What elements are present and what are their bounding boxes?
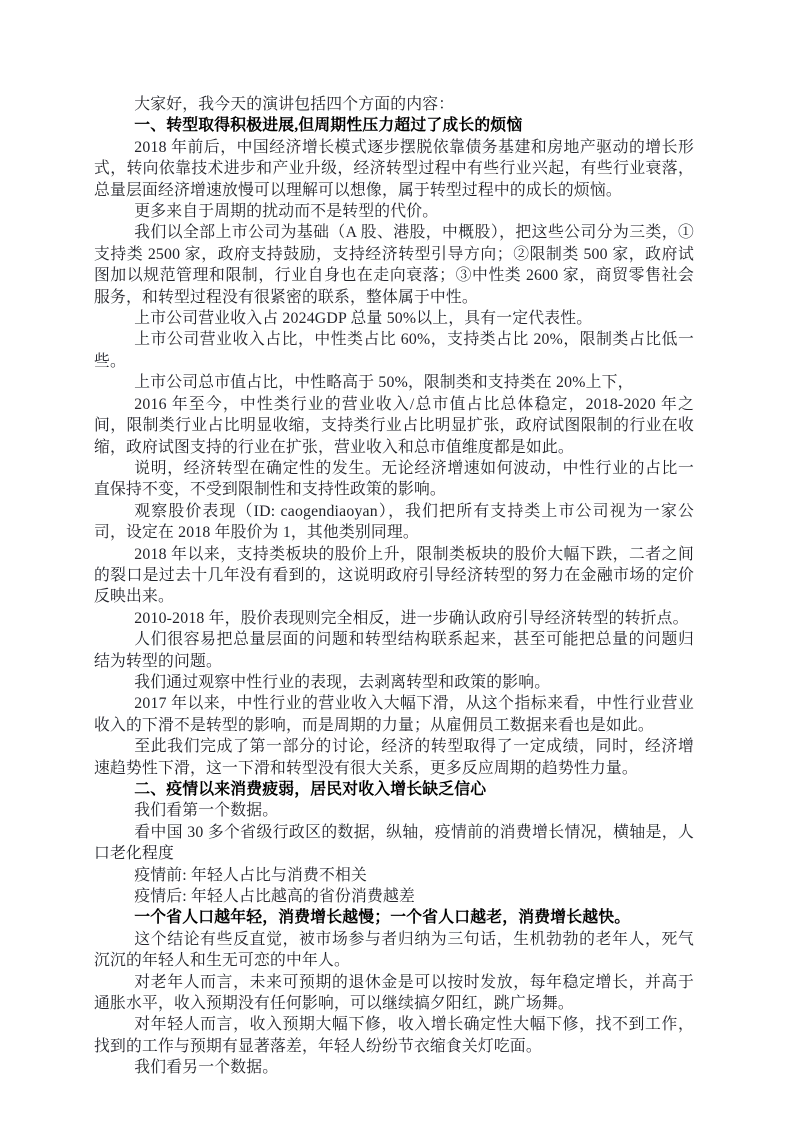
paragraph: 我们通过观察中性行业的表现，去剥离转型和政策的影响。 [94, 672, 694, 693]
section-1-heading: 一、转型取得积极进展,但周期性压力超过了成长的烦恼 [94, 115, 694, 136]
paragraph: 对老年人而言，未来可预期的退休金是可以按时发放，每年稳定增长，并高于通胀水平，收… [94, 972, 694, 1015]
paragraph: 更多来自于周期的扰动而不是转型的代价。 [94, 201, 694, 222]
paragraph: 人们很容易把总量层面的问题和转型结构联系起来，甚至可能把总量的问题归结为转型的问… [94, 629, 694, 672]
paragraph: 说明，经济转型在确定性的发生。无论经济增速如何波动，中性行业的占比一直保持不变，… [94, 458, 694, 501]
paragraph: 观察股价表现（ID: caogendiaoyan），我们把所有支持类上市公司视为… [94, 501, 694, 544]
intro-paragraph: 大家好，我今天的演讲包括四个方面的内容： [94, 94, 694, 115]
paragraph: 我们看第一个数据。 [94, 800, 694, 821]
paragraph: 2016 年至今，中性类行业的营业收入/总市值占比总体稳定，2018-2020 … [94, 394, 694, 458]
paragraph: 2010-2018 年，股价表现则完全相反，进一步确认政府引导经济转型的转折点。 [94, 608, 694, 629]
document-page: 大家好，我今天的演讲包括四个方面的内容： 一、转型取得积极进展,但周期性压力超过… [0, 0, 793, 1122]
paragraph: 上市公司营业收入占比，中性类占比 60%，支持类占比 20%，限制类占比低一些。 [94, 329, 694, 372]
paragraph: 上市公司总市值占比，中性略高于 50%，限制类和支持类在 20%上下， [94, 372, 694, 393]
paragraph: 上市公司营业收入占 2024GDP 总量 50%以上，具有一定代表性。 [94, 308, 694, 329]
paragraph: 2018 年以来，支持类板块的股价上升，限制类板块的股价大幅下跌，二者之间的裂口… [94, 544, 694, 608]
paragraph: 我们以全部上市公司为基础（A 股、港股，中概股），把这些公司分为三类，①支持类 … [94, 222, 694, 308]
paragraph: 看中国 30 多个省级行政区的数据，纵轴，疫情前的消费增长情况，横轴是，人口老化… [94, 822, 694, 865]
paragraph: 疫情后: 年轻人占比越高的省份消费越差 [94, 886, 694, 907]
paragraph: 2017 年以来，中性行业的营业收入大幅下滑，从这个指标来看，中性行业营业收入的… [94, 693, 694, 736]
key-conclusion-line: 一个省人口越年轻，消费增长越慢；一个省人口越老，消费增长越快。 [94, 907, 694, 928]
paragraph: 这个结论有些反直觉，被市场参与者归纳为三句话，生机勃勃的老年人，死气沉沉的年轻人… [94, 929, 694, 972]
paragraph: 疫情前: 年轻人占比与消费不相关 [94, 865, 694, 886]
paragraph: 对年轻人而言，收入预期大幅下修，收入增长确定性大幅下修，找不到工作，找到的工作与… [94, 1014, 694, 1057]
section-2-heading: 二、疫情以来消费疲弱，居民对收入增长缺乏信心 [94, 779, 694, 800]
paragraph: 2018 年前后，中国经济增长模式逐步摆脱依靠债务基建和房地产驱动的增长形式，转… [94, 137, 694, 201]
paragraph: 我们看另一个数据。 [94, 1057, 694, 1078]
paragraph: 至此我们完成了第一部分的讨论，经济的转型取得了一定成绩，同时，经济增速趋势性下滑… [94, 736, 694, 779]
